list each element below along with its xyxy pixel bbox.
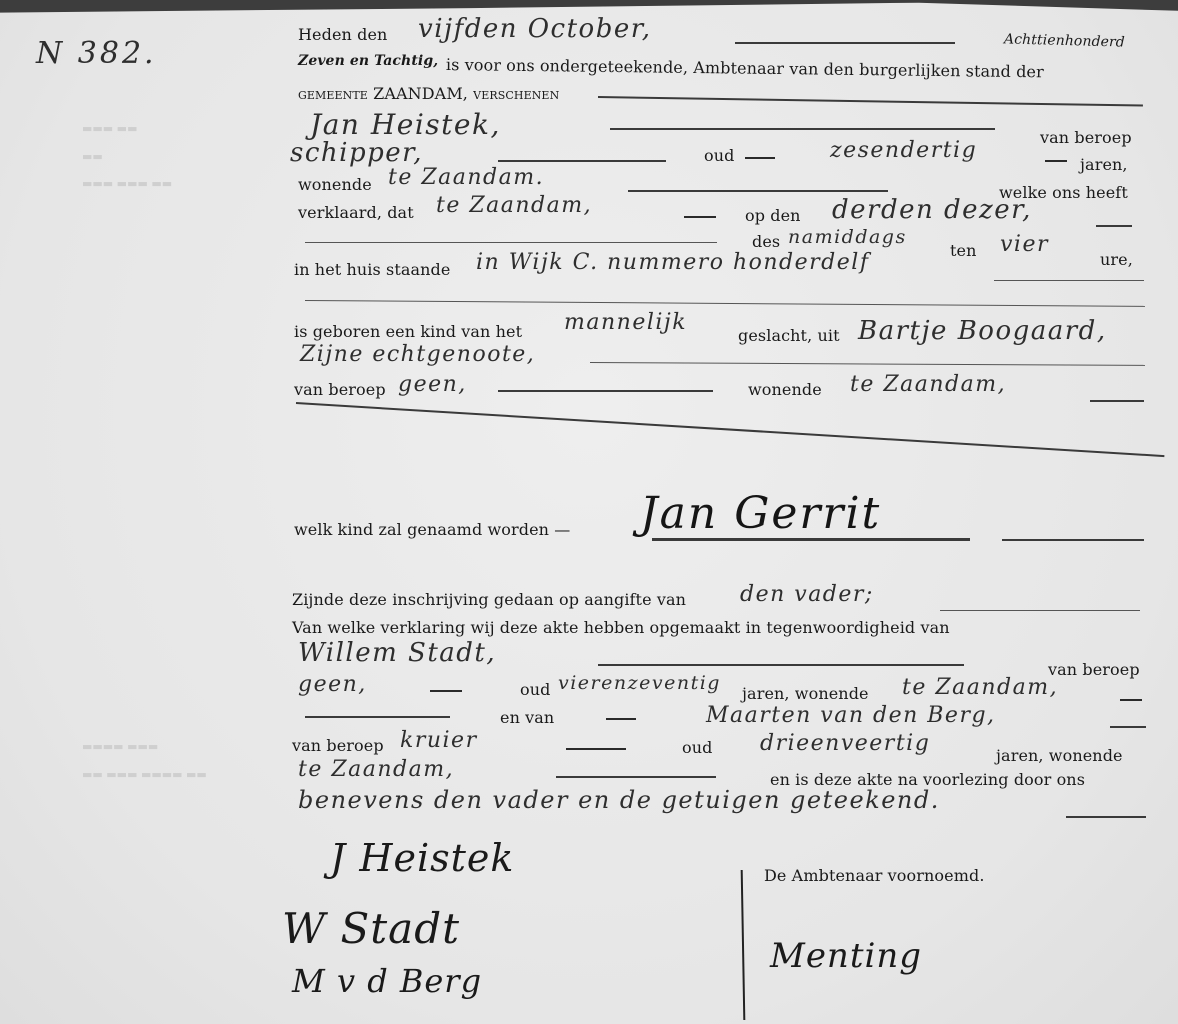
printed-text: jaren, [1080, 155, 1128, 174]
official-label: De Ambtenaar voornoemd. [764, 866, 985, 885]
handwritten-age: zesendertig [830, 138, 977, 163]
printed-year: Zeven en Tachtig, [298, 53, 438, 69]
printed-text: Zijnde deze inschrijving gedaan op aangi… [292, 590, 686, 609]
printed-text: van beroep [1048, 660, 1140, 679]
fill-line [590, 362, 1145, 366]
fill-line [305, 716, 450, 718]
name-underline [652, 538, 970, 541]
printed-text: verklaard, dat [298, 203, 414, 222]
printed-text: van beroep [292, 736, 384, 755]
printed-text: op den [745, 206, 801, 225]
handwritten-witness2-occupation: kruier [400, 728, 478, 753]
printed-text: wonende [748, 380, 822, 399]
printed-text: welk kind zal genaamd worden — [294, 520, 570, 539]
signature-witness1: W Stadt [282, 904, 460, 953]
handwritten-witness2-residence: te Zaandam, [298, 757, 454, 782]
fill-line [1066, 816, 1146, 818]
handwritten-child-name: Jan Gerrit [640, 488, 881, 539]
bleed-through-text: ▬▬▬▬ ▬▬▬ [82, 740, 158, 753]
fill-line [610, 128, 995, 130]
handwritten-sex: mannelijk [564, 310, 687, 335]
fill-line [735, 42, 955, 44]
handwritten-date: vijfden October, [418, 14, 652, 44]
printed-text: oud [704, 146, 734, 165]
printed-text: geslacht, uit [738, 326, 840, 345]
handwritten-declarant: den vader; [740, 582, 874, 607]
handwritten-occupation: schipper, [290, 138, 423, 168]
printed-text: Achttienhonderd [1004, 31, 1125, 50]
fill-line [940, 610, 1140, 611]
fill-line [305, 300, 1145, 307]
handwritten-witness1-residence: te Zaandam, [902, 675, 1058, 700]
printed-text: en van [500, 708, 554, 727]
bleed-through-text: ▬▬▬ ▬▬ [82, 122, 137, 135]
printed-text: des [752, 232, 780, 251]
handwritten-time-of-day: namiddags [788, 226, 907, 248]
printed-text: jaren, wonende [996, 746, 1123, 765]
fill-line [1002, 539, 1144, 541]
bleed-through-text: ▬▬ [82, 150, 103, 163]
handwritten-father-name: Jan Heistek, [310, 108, 501, 141]
printed-text: gemeente ZAANDAM, verschenen [298, 84, 559, 103]
printed-text: jaren, wonende [742, 684, 869, 703]
handwritten-witness1-name: Willem Stadt, [298, 638, 496, 668]
handwritten-mother-name: Bartje Boogaard, [858, 316, 1107, 346]
dash [1045, 160, 1067, 162]
handwritten-birth-day: derden dezer, [832, 195, 1032, 225]
handwritten-closing: benevens den vader en de getuigen geteek… [298, 786, 940, 814]
printed-text: ure, [1100, 250, 1133, 269]
handwritten-address: in Wijk C. nummero honderdelf [476, 250, 869, 275]
document-page: ▬▬▬ ▬▬ ▬▬ ▬▬▬ ▬▬▬ ▬▬ ▬▬▬▬ ▬▬▬ ▬▬ ▬▬▬ ▬▬▬… [0, 0, 1178, 1024]
printed-text: Van welke verklaring wij deze akte hebbe… [292, 618, 950, 637]
fill-line [1090, 400, 1144, 402]
fill-line [498, 160, 666, 162]
handwritten-witness1-occupation: geen, [298, 672, 367, 697]
handwritten-mother-occupation: geen, [398, 372, 467, 397]
printed-text: wonende [298, 175, 372, 194]
handwritten-witness1-age: vierenzeventig [558, 672, 721, 694]
fill-line [994, 280, 1144, 281]
dash [606, 718, 636, 720]
fill-line [556, 776, 716, 778]
handwritten-relation: Zijne echtgenoote, [300, 342, 535, 367]
dash [430, 690, 462, 692]
printed-text: oud [520, 680, 550, 699]
handwritten-hour: vier [1000, 232, 1049, 257]
printed-text: oud [682, 738, 712, 757]
handwritten-birthplace: te Zaandam, [436, 193, 592, 218]
signature-official: Menting [770, 936, 922, 976]
printed-text: van beroep [294, 380, 386, 399]
printed-text: is voor ons ondergeteekende, Ambtenaar v… [446, 55, 1044, 81]
fill-line [498, 390, 713, 392]
printed-text: Heden den [298, 25, 387, 44]
dash [1120, 699, 1142, 701]
signature-witness2: M v d Berg [292, 962, 482, 1000]
handwritten-mother-residence: te Zaandam, [850, 372, 1006, 397]
fill-line [1110, 726, 1146, 728]
printed-text: ten [950, 241, 977, 260]
dash [566, 748, 626, 750]
dash [745, 157, 775, 159]
fill-line [598, 96, 1143, 106]
printed-text: is geboren een kind van het [294, 322, 522, 341]
fill-line [628, 190, 888, 192]
printed-text: van beroep [1040, 128, 1132, 147]
strike-line [296, 402, 1164, 457]
handwritten-witness2-age: drieenveertig [760, 731, 930, 756]
bleed-through-text: ▬▬ ▬▬▬ ▬▬▬▬ ▬▬ [82, 768, 207, 781]
record-number: N 382. [36, 36, 157, 71]
printed-text: in het huis staande [294, 260, 450, 279]
handwritten-residence: te Zaandam. [388, 165, 544, 190]
fill-line [598, 664, 964, 666]
signature-father: J Heistek [330, 836, 514, 880]
handwritten-witness2-name: Maarten van den Berg, [706, 703, 996, 728]
fill-line [305, 242, 717, 243]
fill-line [1096, 225, 1132, 227]
signature-bracket [741, 870, 746, 1020]
dash [684, 216, 716, 218]
bleed-through-text: ▬▬▬ ▬▬▬ ▬▬ [82, 177, 172, 190]
